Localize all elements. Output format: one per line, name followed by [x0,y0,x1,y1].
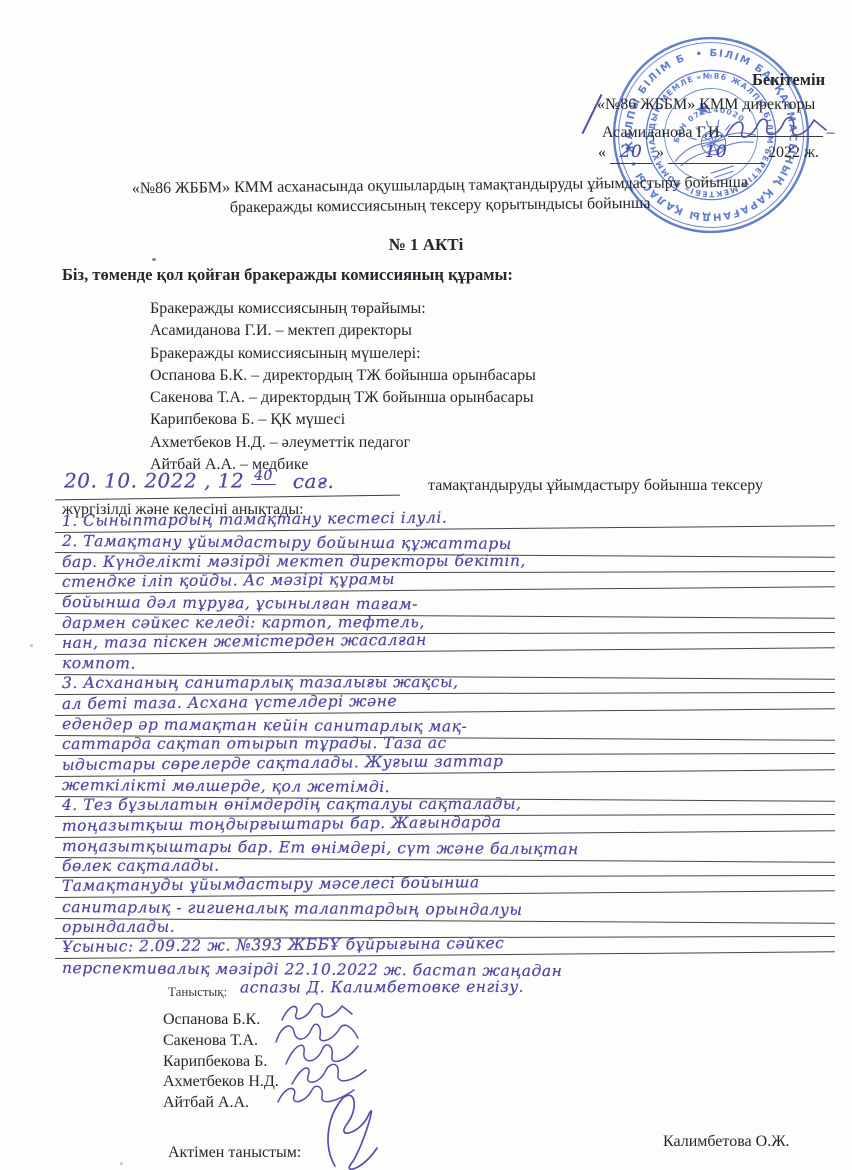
director-signature-line [728,118,823,137]
cook-name: Калимбетова О.Ж. [663,1132,790,1152]
approve-label: Бекітемін [752,70,825,91]
document-title: «№86 ЖББМ» КММ асханасында оқушылардың т… [50,172,830,220]
signature-scribble [288,1058,372,1090]
scan-artifact [120,1162,123,1165]
commission-member: Карипбекова Б. – ҚК мүшесі [150,409,536,431]
signatory-name: Сакенова Т.А. [163,1031,258,1051]
signatory-name: Карипбекова Б. [163,1052,267,1072]
cook-signature-scribble [305,1090,391,1170]
intro-line: Біз, төменде қол қойған бракеражды комис… [62,265,513,286]
signatory-name: Айтбай А.А. [163,1093,249,1113]
director-name: Асамиданова Г.И. [602,124,724,141]
commission-member: Ахметбеков Н.Д. – әлеуметтік педагог [150,432,536,454]
act-number: № 1 АКТі [0,234,852,255]
date-year: 2022 ж. [768,144,819,161]
commission-list: Бракеражды комиссиясының төрайымы: Асами… [150,298,536,476]
act-familiar-label: Актімен таныстым: [168,1143,301,1163]
signature-scribble [278,998,358,1026]
commission-member: Асамиданова Г.И. – мектеп директоры [150,320,536,342]
commission-members-label: Бракеражды комиссиясының мүшелері: [150,343,536,365]
date-quote-close: » [656,144,664,161]
after-signature-dash: – [827,124,835,141]
signature-scribble [280,1038,364,1070]
signatory-name: Оспанова Б.К. [163,1010,260,1030]
approval-date-row: « 20 » 10 2022 ж. [598,142,819,164]
scanned-act-document: • БІЛІМ БАСҚАРМАСЫНЫҢ ҚАРАҒАНДЫ ҚАЛАСЫ •… [0,0,852,1170]
commission-member: Сакенова Т.А. – директордың ТЖ бойынша о… [150,387,536,409]
commission-member: Оспанова Б.К. – директордың ТЖ бойынша о… [150,365,536,387]
signature-scribble [272,1018,364,1048]
director-name-row: Асамиданова Г.И. – [602,118,835,143]
signatory-name: Ахметбеков Н.Д. [163,1072,279,1092]
date-quote-open: « [598,144,606,161]
commission-chair-label: Бракеражды комиссиясының төрайымы: [150,298,536,320]
inspection-printed-tail: тамақтандыруды ұйымдастыру бойынша тексе… [428,476,763,496]
scan-artifact [152,258,156,261]
director-line: «№86 ЖББМ» КММ директоры [597,95,815,115]
inspection-date-underline [55,478,400,501]
date-month-handwritten: 10 [668,142,764,164]
scan-artifact [30,644,33,647]
signature-scribble [272,1080,360,1110]
familiarized-label: Таныстық: [168,984,227,1000]
date-day-handwritten: 20 [610,142,652,164]
